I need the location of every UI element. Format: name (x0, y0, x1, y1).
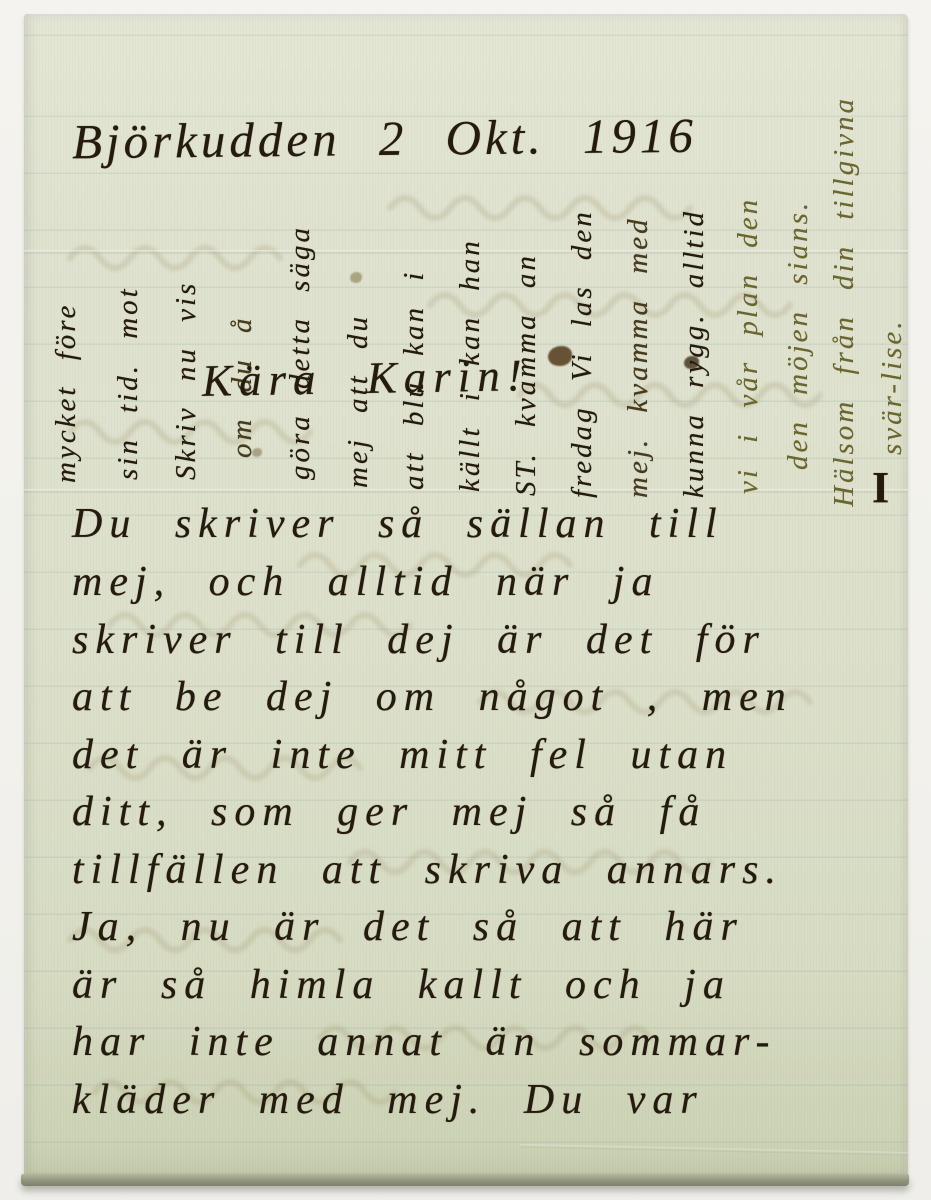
letter-body-line: har inte annat än sommar- (72, 1018, 777, 1066)
letter-body-line: ditt, som ger mej så få (72, 788, 706, 836)
cross-writing-column: mej. kvamma med (622, 18, 668, 498)
scanned-letter-page: mycket före sin tid. mot Skriv nu vis om… (0, 0, 931, 1200)
cross-writing-column: att blu kan i (398, 18, 444, 490)
letter-body-line: Du skriver så sällan till (72, 500, 724, 548)
cross-writing-column: ST. kvamma an (510, 18, 556, 496)
cross-writing-column: svär-lise. (876, 55, 922, 455)
letter-greeting: Kära Karin! (202, 349, 530, 407)
cross-writing-column: kunna rygg. alltid (678, 18, 724, 498)
cross-writing-column: vi i vår plan den (732, 28, 778, 494)
letter-body-line: det är inte mitt fel utan (72, 731, 733, 779)
letter-body-line: är så himla kallt och ja (72, 961, 731, 1009)
cross-writing-column: sin tid. mot (112, 18, 158, 480)
cross-writing-column: göra detta säga (284, 18, 330, 480)
letter-body-line: Ja, nu är det så att här (72, 903, 744, 951)
cross-writing-column: mycket före (50, 168, 96, 483)
letter-body-line: att be dej om något , men (72, 673, 793, 721)
page-number-mark: I (872, 462, 889, 513)
letter-body-line: tillfällen att skriva annars. (72, 846, 783, 894)
cross-writing-column: fredag Vi las den (566, 18, 612, 498)
cross-writing-column: mej att du (342, 18, 388, 488)
cross-writing-column: Skriv nu vis (170, 18, 216, 480)
letter-body-line: skriver till dej är det för (72, 616, 766, 664)
cross-writing-column: den möjen sians. (782, 38, 828, 470)
cross-writing-column: källt i kan han (454, 18, 500, 492)
letter-body-line: kläder med mej. Du var (72, 1076, 704, 1124)
letter-date-line: Björkudden 2 Okt. 1916 (72, 107, 697, 171)
letter-body-line: mej, och alltid när ja (72, 558, 659, 606)
cross-writing-column: Hälsom från din tillgivna (828, 55, 874, 507)
